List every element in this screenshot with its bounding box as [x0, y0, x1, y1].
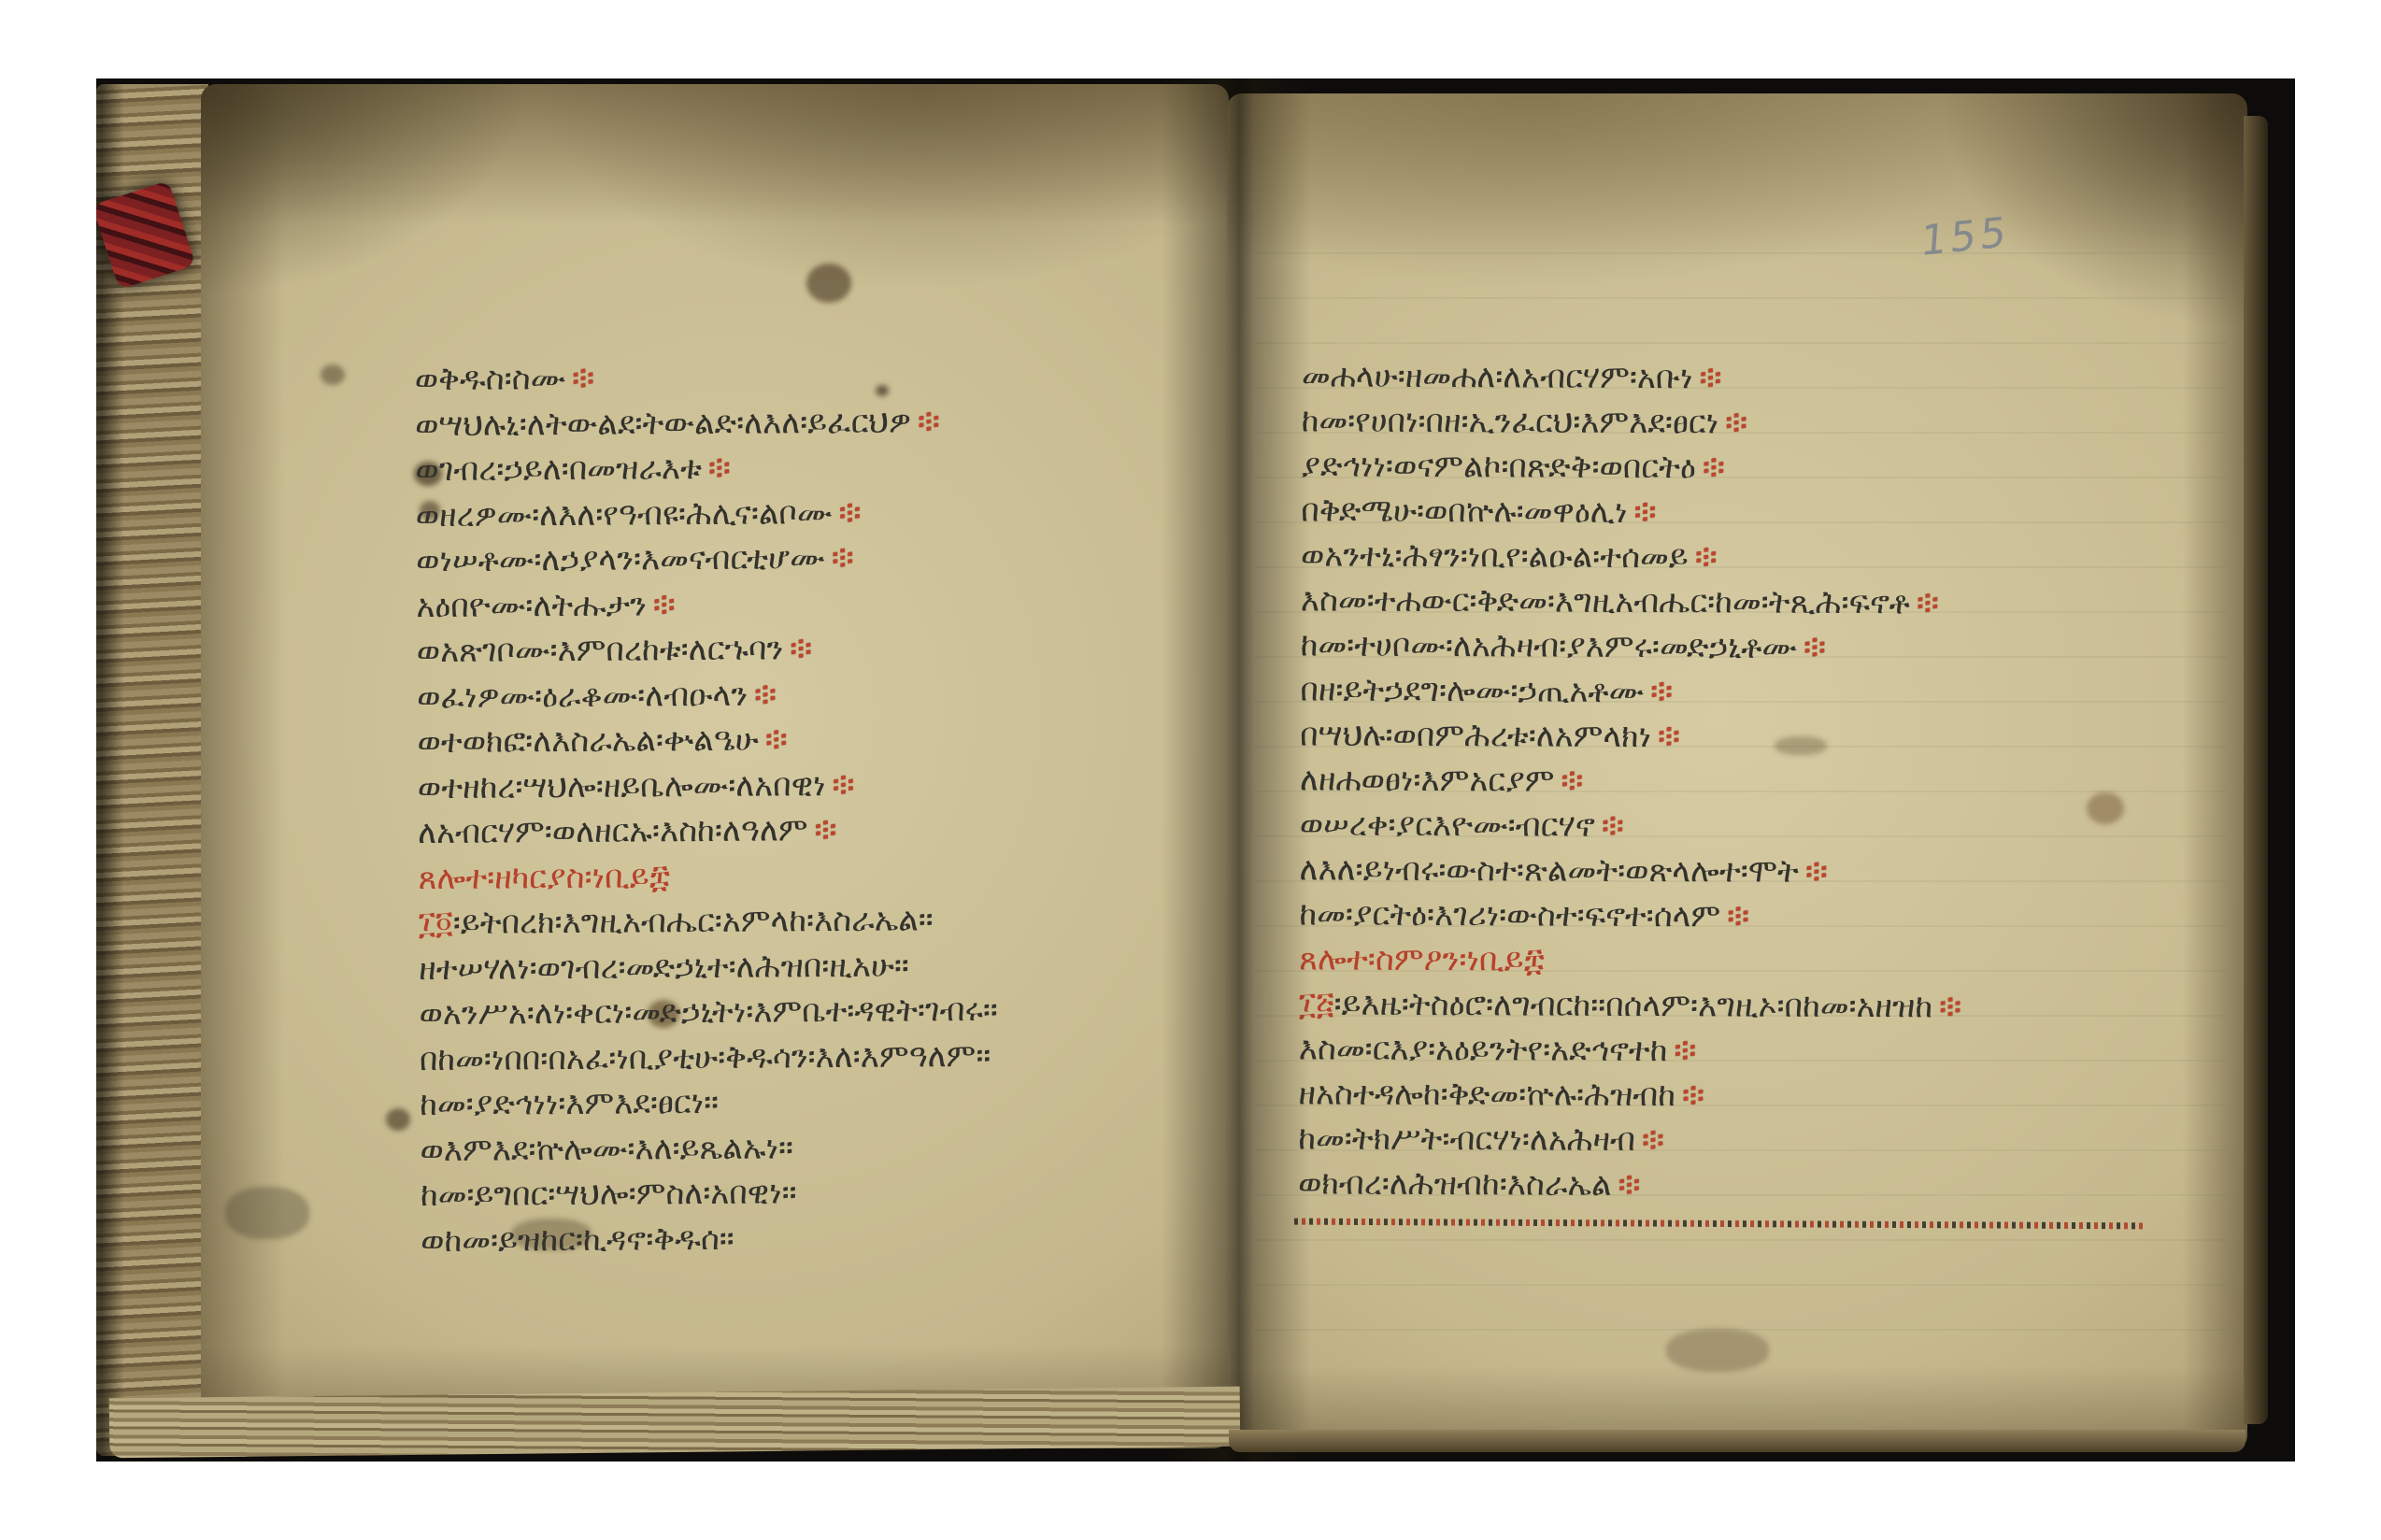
- text-line: በዘ፡ይትኃደግ፡ሎሙ፡ኃጢአቶሙ፨: [1300, 667, 1962, 715]
- text-line: በከመ፡ነበበ፡በአፈ፡ነቢያቲሁ፡ቅዱሳን፡እለ፡እምዓለም።: [420, 1033, 999, 1082]
- line-text: በሣህሉ፡ወበምሕረቱ፡ለአምላክነ: [1300, 716, 1651, 755]
- line-text: አዕበዮሙ፡ለትሑታን: [416, 586, 647, 625]
- line-text: ለአብርሃም፡ወለዘርኡ፡እስከ፡ለዓለም: [418, 811, 808, 851]
- line-text: ወክብረ፡ለሕዝብከ፡እስራኤል: [1298, 1164, 1612, 1203]
- line-text: ወገብረ፡ኃይለ፡በመዝራእቱ: [415, 449, 702, 489]
- text-line: ወሣህሉኒ፡ለትውልደ፡ትውልድ፡ለእለ፡ይፈርህዎ፨: [415, 398, 994, 448]
- verse-separator-mark: ፨: [832, 765, 854, 803]
- verse-separator-mark: ፨: [1658, 718, 1680, 755]
- stain: [1666, 1329, 1769, 1372]
- text-line: አዕበዮሙ፡ለትሑታን፨: [416, 579, 995, 629]
- line-text: ወአንሥአ፡ለነ፡ቀርነ፡መድኃኒትነ፡እምቤተ፡ዳዊት፡ገብሩ።: [419, 991, 998, 1033]
- line-text: ከመ፡ያርትዕ፡እገሪነ፡ውስተ፡ፍኖተ፡ሰላም: [1299, 895, 1720, 934]
- verse-separator-mark: ፨: [918, 403, 940, 440]
- text-line: ፲፭፡ይእዜ፡ትስዕሮ፡ለግብርከ።በሰላም፡እግዚኦ፡በከመ፡አዘዝከ፨: [1299, 981, 1961, 1029]
- line-text: ከመ፡የሀበነ፡በዘ፡ኢንፈርህ፡እምእደ፡ፀርነ: [1302, 402, 1719, 441]
- text-line: ወተወክፎ፡ለእስራኤል፡ቍልዔሁ፨: [417, 716, 996, 765]
- verse-separator-mark: ፨: [653, 586, 676, 623]
- line-text: ከመ፡ይግበር፡ሣህሎ፡ምስለ፡አበዊነ።: [421, 1174, 797, 1214]
- verse-separator-mark: ፨: [1917, 584, 1939, 621]
- bottom-page-edges-left: [109, 1387, 1241, 1459]
- verse-separator-mark: ፨: [1939, 988, 1961, 1025]
- text-line: ከመ፡ትክሥት፡ብርሃነ፡ለአሕዛብ፨: [1298, 1116, 1960, 1163]
- text-line: ወነሠቶሙ፡ለኃያላን፡እመናብርቲሆሙ፨: [416, 535, 995, 584]
- text-line: ዘአስተዳሎከ፡ቅድመ፡ኵሉ፡ሕዝብከ፨: [1298, 1071, 1960, 1119]
- text-line: ከመ፡ያርትዕ፡እገሪነ፡ውስተ፡ፍኖተ፡ሰላም፨: [1299, 891, 1961, 939]
- verse-separator-mark: ፨: [1682, 1077, 1704, 1114]
- line-text: ወሣህሉኒ፡ለትውልደ፡ትውልድ፡ለእለ፡ይፈርህዎ: [415, 403, 911, 444]
- stain: [225, 1187, 309, 1239]
- left-page-text: ወቅዱስ፡ስሙ፨ወሣህሉኒ፡ለትውልደ፡ትውልድ፡ለእለ፡ይፈርህዎ፨ወገብረ፡…: [415, 353, 1000, 1263]
- text-line: ከመ፡ተሀቦሙ፡ለአሕዛብ፡ያእምሩ፡መድኃኒቶሙ፨: [1301, 622, 1963, 670]
- line-text: ጸሎተ፡ስምዖን፡ነቢይ፰: [1299, 940, 1545, 978]
- text-line: ከመ፡ይግበር፡ሣህሎ፡ምስለ፡አበዊነ።: [421, 1169, 1000, 1219]
- verse-separator-mark: ፨: [838, 493, 861, 531]
- line-text: ወከመ፡ይዝከር፡ኪዳኖ፡ቅዱሰ።: [421, 1219, 734, 1259]
- line-text: ፡ይትበረክ፡እግዚአብሔር፡አምላከ፡እስራኤል።: [453, 901, 934, 942]
- verse-separator-mark: ፨: [708, 449, 731, 487]
- verse-separator-mark: ፨: [1650, 673, 1673, 710]
- line-text: ወተዘከረ፡ሣህሎ፡ዘይቤሎሙ፡ለአበዊነ: [418, 766, 826, 806]
- right-page: 155 መሐላሁ፡ዘመሐለ፡ለአብርሃም፡አቡነ፨ከመ፡የሀበነ፡በዘ፡ኢንፈር…: [1227, 93, 2247, 1450]
- right-page-text: መሐላሁ፡ዘመሐለ፡ለአብርሃም፡አቡነ፨ከመ፡የሀበነ፡በዘ፡ኢንፈርህ፡እም…: [1298, 353, 1964, 1208]
- text-line: ለዘሐወፀነ፡እምአርያም፨: [1300, 757, 1962, 805]
- stain: [2087, 792, 2124, 824]
- line-text: በቅድሜሁ፡ወበኵሉ፡መዋዕሊነ: [1301, 492, 1627, 531]
- line-text: ወዘረዎሙ፡ለእለ፡የዓብዩ፡ሕሊና፡ልቦሙ: [416, 494, 833, 535]
- line-text: መሐላሁ፡ዘመሐለ፡ለአብርሃም፡አቡነ: [1302, 357, 1693, 396]
- line-text: ከመ፡ተሀቦሙ፡ለአሕዛብ፡ያእምሩ፡መድኃኒቶሙ: [1301, 626, 1798, 665]
- line-text: ያድኅነነ፡ወናምልኮ፡በጽድቅ፡ወበርትዕ: [1301, 447, 1696, 486]
- verse-separator-mark: ፨: [1700, 359, 1722, 396]
- verse-separator-mark: ፨: [754, 676, 777, 713]
- line-text: እስመ፡ተሐውር፡ቅድመ፡እግዚአብሔር፡ከመ፡ትጺሕ፡ፍኖቶ: [1301, 581, 1910, 621]
- verse-separator-mark: ፨: [1703, 449, 1725, 486]
- verse-separator-mark: ፨: [1674, 1032, 1696, 1069]
- left-page: ወቅዱስ፡ስሙ፨ወሣህሉኒ፡ለትውልደ፡ትውልድ፡ለእለ፡ይፈርህዎ፨ወገብረ፡…: [201, 84, 1229, 1448]
- text-line: ወሠረቀ፡ያርእዮሙ፡ብርሃኖ፨: [1300, 802, 1962, 849]
- stain: [806, 264, 851, 303]
- rubric-line: ጸሎተ፡ስምዖን፡ነቢይ፰: [1299, 936, 1961, 984]
- verse-separator-mark: ፨: [1602, 807, 1624, 845]
- line-text: ለዘሐወፀነ፡እምአርያም: [1300, 761, 1555, 799]
- text-line: ወዘረዎሙ፡ለእለ፡የዓብዩ፡ሕሊና፡ልቦሙ፨: [416, 489, 995, 538]
- canticle-number: ፲፬: [419, 905, 453, 942]
- line-text: ወቅዱስ፡ስሙ: [415, 360, 566, 398]
- line-text: ወአጽገቦሙ፡እምበረከቱ፡ለርኁባን: [417, 630, 784, 670]
- line-text: ዘተሠሃለነ፡ወገብረ፡መድኃኒተ፡ለሕዝበ፡ዚአሁ።: [419, 947, 909, 988]
- line-text: ፡ይእዜ፡ትስዕሮ፡ለግብርከ።በሰላም፡እግዚኦ፡በከመ፡አዘዝከ: [1333, 986, 1932, 1026]
- text-line: ያድኅነነ፡ወናምልኮ፡በጽድቅ፡ወበርትዕ፨: [1301, 443, 1963, 491]
- text-line: እስመ፡ርእያ፡አዕይንትየ፡አድኅኖተከ፨: [1299, 1026, 1961, 1074]
- line-text: ጸሎተ፡ዘካርያስ፡ነቢይ፰: [418, 858, 670, 897]
- verse-separator-mark: ፨: [1618, 1166, 1640, 1204]
- verse-separator-mark: ፨: [814, 811, 836, 848]
- line-text: እስመ፡ርእያ፡አዕይንትየ፡አድኅኖተከ: [1299, 1030, 1668, 1069]
- text-line: ዘተሠሃለነ፡ወገብረ፡መድኃኒተ፡ለሕዝበ፡ዚአሁ።: [419, 942, 998, 991]
- verse-separator-mark: ፨: [1642, 1121, 1664, 1159]
- verse-separator-mark: ፨: [1804, 629, 1826, 666]
- folio-number: 155: [1918, 208, 2011, 266]
- stain: [386, 1108, 410, 1131]
- line-text: ወእምእደ፡ኵሎሙ፡እለ፡ይጼልኡነ።: [420, 1129, 793, 1169]
- gutter-shadow: [1162, 78, 1311, 1462]
- line-text: ከመ፡ትክሥት፡ብርሃነ፡ለአሕዛብ: [1298, 1119, 1635, 1159]
- text-line: ወፈነዎሙ፡ዕራቆሙ፡ለብዑላን፨: [417, 670, 996, 720]
- text-line: ፲፬፡ይትበረክ፡እግዚአብሔር፡አምላከ፡እስራኤል።: [419, 897, 998, 947]
- book-spine-page-edges: [96, 84, 208, 1456]
- text-line: ለአብርሃም፡ወለዘርኡ፡እስከ፡ለዓለም፨: [418, 806, 997, 856]
- line-text: ወፈነዎሙ፡ዕራቆሙ፡ለብዑላን: [417, 676, 748, 715]
- text-line: ወአጽገቦሙ፡እምበረከቱ፡ለርኁባን፨: [417, 625, 996, 675]
- line-text: ወሠረቀ፡ያርእዮሙ፡ብርሃኖ: [1300, 806, 1595, 844]
- verse-separator-mark: ፨: [1727, 897, 1749, 934]
- verse-separator-mark: ፨: [1633, 493, 1656, 531]
- text-line: ወአንሥአ፡ለነ፡ቀርነ፡መድኃኒትነ፡እምቤተ፡ዳዊት፡ገብሩ።: [419, 988, 998, 1037]
- line-text: በከመ፡ነበበ፡በአፈ፡ነቢያቲሁ፡ቅዱሳን፡እለ፡እምዓለም።: [420, 1036, 991, 1077]
- line-text: ከመ፡ያድኅነነ፡እምእደ፡ፀርነ።: [420, 1084, 719, 1123]
- text-line: በሣህሉ፡ወበምሕረቱ፡ለአምላክነ፨: [1300, 712, 1962, 760]
- text-line: ወተዘከረ፡ሣህሎ፡ዘይቤሎሙ፡ለአበዊነ፨: [418, 761, 997, 810]
- line-text: ወተወክፎ፡ለእስራኤል፡ቍልዔሁ: [417, 721, 759, 762]
- stain: [321, 364, 345, 385]
- text-line: ወእምእደ፡ኵሎሙ፡እለ፡ይጼልኡነ።: [420, 1123, 999, 1173]
- text-line: ከመ፡ያድኅነነ፡እምእደ፡ፀርነ።: [420, 1078, 999, 1128]
- right-page-edge-sliver: [2244, 116, 2268, 1424]
- verse-separator-mark: ፨: [832, 539, 854, 577]
- line-text: ዘአስተዳሎከ፡ቅድመ፡ኵሉ፡ሕዝብከ: [1298, 1075, 1675, 1114]
- line-text: በዘ፡ይትኃደግ፡ሎሙ፡ኃጢአቶሙ: [1300, 671, 1644, 710]
- verse-separator-mark: ፨: [790, 630, 812, 667]
- bottom-page-edge-right: [1229, 1430, 2246, 1452]
- text-line: ወገብረ፡ኃይለ፡በመዝራእቱ፨: [415, 444, 994, 493]
- verse-separator-mark: ፨: [1805, 853, 1828, 891]
- text-line: ወክብረ፡ለሕዝብከ፡እስራኤል፨: [1298, 1161, 1960, 1208]
- rubric-line: ጸሎተ፡ዘካርያስ፡ነቢይ፰: [418, 851, 997, 901]
- verse-separator-mark: ፨: [1695, 538, 1718, 576]
- line-text: ወአንተኒ፡ሕፃን፡ነቢየ፡ልዑል፡ተሰመይ: [1301, 536, 1689, 576]
- line-text: ወነሠቶሙ፡ለኃያላን፡እመናብርቲሆሙ: [416, 539, 825, 579]
- text-line: ለእለ፡ይነብሩ፡ውስተ፡ጽልመት፡ወጽላሎተ፡ሞት፨: [1299, 847, 1961, 894]
- verse-separator-mark: ፨: [1561, 763, 1583, 800]
- text-line: በቅድሜሁ፡ወበኵሉ፡መዋዕሊነ፨: [1301, 488, 1963, 535]
- text-line: መሐላሁ፡ዘመሐለ፡ለአብርሃም፡አቡነ፨: [1302, 353, 1964, 401]
- text-line: ወከመ፡ይዝከር፡ኪዳኖ፡ቅዱሰ።: [421, 1214, 1000, 1263]
- verse-separator-mark: ፨: [765, 720, 788, 758]
- verse-separator-mark: ፨: [572, 360, 594, 397]
- verse-separator-mark: ፨: [1725, 404, 1747, 441]
- text-line: ከመ፡የሀበነ፡በዘ፡ኢንፈርህ፡እምእደ፡ፀርነ፨: [1302, 398, 1964, 446]
- text-line: ወቅዱስ፡ስሙ፨: [415, 353, 994, 403]
- manuscript-photo: ወቅዱስ፡ስሙ፨ወሣህሉኒ፡ለትውልደ፡ትውልድ፡ለእለ፡ይፈርህዎ፨ወገብረ፡…: [96, 78, 2295, 1462]
- line-text: ለእለ፡ይነብሩ፡ውስተ፡ጽልመት፡ወጽላሎተ፡ሞት: [1299, 850, 1799, 890]
- text-line: ወአንተኒ፡ሕፃን፡ነቢየ፡ልዑል፡ተሰመይ፨: [1301, 533, 1963, 580]
- text-line: እስመ፡ተሐውር፡ቅድመ፡እግዚአብሔር፡ከመ፡ትጺሕ፡ፍኖቶ፨: [1301, 577, 1963, 625]
